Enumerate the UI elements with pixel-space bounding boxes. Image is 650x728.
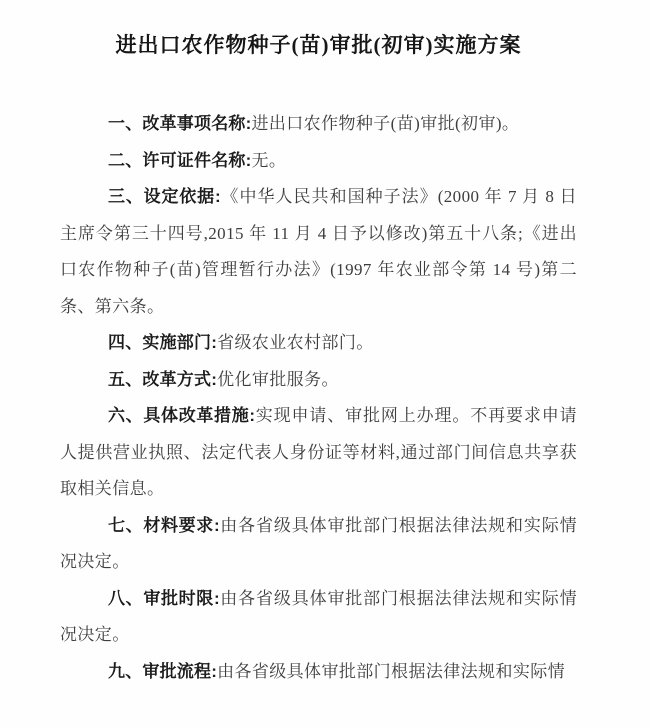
section-body: 进出口农作物种子(苗)审批(初审)。	[251, 114, 519, 133]
section-label: 五、改革方式:	[108, 370, 217, 389]
section-label: 四、实施部门:	[108, 333, 217, 352]
section-label: 三、设定依据:	[108, 187, 221, 206]
section-label: 六、具体改革措施:	[108, 406, 255, 425]
section-paragraph-3: 三、设定依据:《中华人民共和国种子法》(2000 年 7 月 8 日主席令第三十…	[60, 179, 577, 325]
document-page: 进出口农作物种子(苗)审批(初审)实施方案 一、改革事项名称:进出口农作物种子(…	[0, 0, 650, 728]
section-body: 无。	[251, 151, 286, 170]
section-paragraph-7: 七、材料要求:由各省级具体审批部门根据法律法规和实际情况决定。	[60, 508, 577, 581]
section-paragraph-1: 一、改革事项名称:进出口农作物种子(苗)审批(初审)。	[60, 106, 577, 143]
section-body: 优化审批服务。	[217, 370, 339, 389]
section-paragraph-8: 八、审批时限:由各省级具体审批部门根据法律法规和实际情况决定。	[60, 581, 577, 654]
section-body: 《中华人民共和国种子法》(2000 年 7 月 8 日主席令第三十四号,2015…	[60, 187, 577, 316]
document-title: 进出口农作物种子(苗)审批(初审)实施方案	[60, 28, 577, 62]
section-label: 九、审批流程:	[108, 662, 217, 681]
section-label: 八、审批时限:	[108, 589, 220, 608]
section-paragraph-4: 四、实施部门:省级农业农村部门。	[60, 325, 577, 362]
section-paragraph-6: 六、具体改革措施:实现申请、审批网上办理。不再要求申请人提供营业执照、法定代表人…	[60, 398, 577, 508]
section-label: 一、改革事项名称:	[108, 114, 251, 133]
section-label: 七、材料要求:	[108, 516, 220, 535]
section-body: 省级农业农村部门。	[217, 333, 374, 352]
section-paragraph-5: 五、改革方式:优化审批服务。	[60, 362, 577, 399]
section-paragraph-2: 二、许可证件名称:无。	[60, 143, 577, 180]
section-body: 由各省级具体审批部门根据法律法规和实际情	[217, 662, 565, 681]
section-label: 二、许可证件名称:	[108, 151, 251, 170]
section-paragraph-9: 九、审批流程:由各省级具体审批部门根据法律法规和实际情	[60, 654, 577, 691]
